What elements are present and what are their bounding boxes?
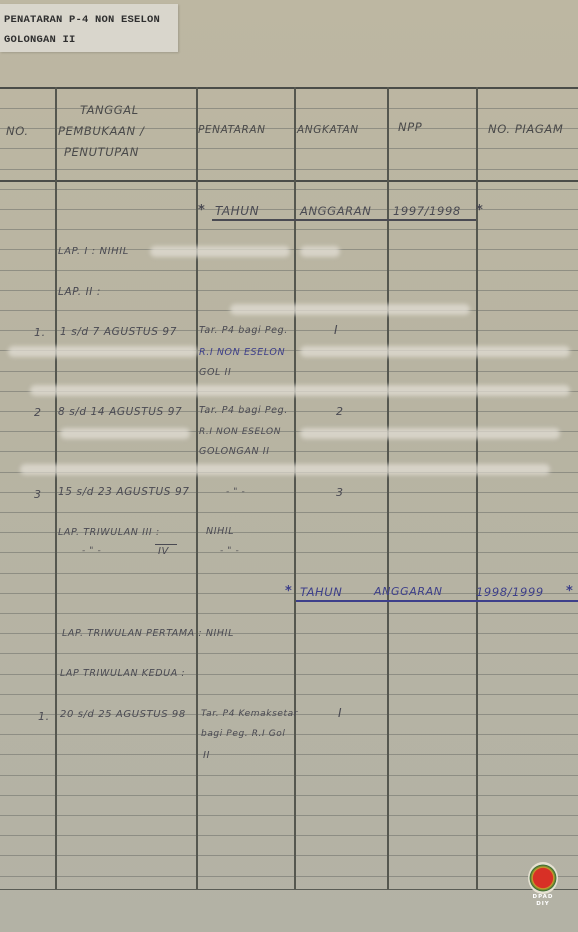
ruled-line (0, 855, 578, 856)
ruled-line (0, 189, 578, 190)
ledger-page: PENATARAN P-4 NON ESELON GOLONGAN II NO.… (0, 0, 578, 932)
ruled-line (0, 229, 578, 230)
emblem-icon (528, 862, 558, 894)
section-1997-anggaran: ANGGARAN (300, 204, 371, 218)
row-3-no: 3 (34, 488, 42, 501)
row-1-no: 1. (34, 326, 46, 339)
ruled-line (0, 835, 578, 836)
section-1998-year: 1998/1999 (476, 585, 544, 599)
erased-smudge (230, 304, 470, 315)
row-1998-1-penataran-2: bagi Peg. R.I Gol (201, 729, 286, 739)
table-bottom-border (0, 889, 578, 890)
row-2-tanggal: 8 s/d 14 AGUSTUS 97 (58, 406, 182, 418)
row-1998-1-angkatan: I (338, 706, 342, 720)
ruled-line (0, 512, 578, 513)
triwulan-3-value: NIHIL (206, 526, 234, 537)
row-2-penataran-2: R.I NON ESELON (199, 427, 281, 437)
stamp-line-2: DIY (526, 901, 560, 908)
header-bottom-border (0, 180, 578, 182)
ruled-line (0, 451, 578, 452)
row-3-tanggal: 15 s/d 23 AGUSTUS 97 (58, 486, 190, 498)
row-2-angkatan: 2 (336, 405, 344, 418)
row-1-tanggal: 1 s/d 7 AGUSTUS 97 (60, 326, 177, 338)
row-1998-1-tanggal: 20 s/d 25 AGUSTUS 98 (60, 709, 186, 720)
ruled-line (0, 371, 578, 372)
triwulan-4-label: IV (158, 546, 169, 557)
section-1997-tahun: TAHUN (215, 204, 259, 218)
row-1-penataran-3: GOL II (199, 367, 231, 378)
erased-smudge (30, 385, 570, 396)
erased-smudge (20, 464, 550, 475)
header-no: NO. (6, 124, 29, 138)
ruled-line (0, 653, 578, 654)
row-1998-1-no: 1. (38, 710, 50, 723)
ruled-line (0, 270, 578, 271)
erased-smudge (300, 346, 570, 357)
ruled-line (0, 795, 578, 796)
lap-1: LAP. I : NIHIL (58, 246, 129, 257)
header-angkatan: ANGKATAN (297, 124, 359, 136)
star-right: * (476, 203, 483, 218)
star-left: * (198, 203, 205, 218)
triwulan-pertama: LAP. TRIWULAN PERTAMA : NIHIL (62, 628, 234, 639)
row-1998-1-penataran-1: Tar. P4 Kemaksetar (201, 709, 298, 719)
header-penutupan: PENUTUPAN (64, 145, 139, 159)
header-penataran: PENATARAN (198, 124, 266, 136)
triwulan-4-value: - " - (220, 546, 239, 556)
erased-smudge (300, 246, 340, 257)
archive-stamp: DPAD DIY (526, 862, 560, 908)
ruled-line (0, 815, 578, 816)
label-line-2: GOLONGAN II (4, 34, 76, 46)
ruled-line (0, 209, 578, 210)
ruled-line (0, 876, 578, 877)
ruled-line (0, 573, 578, 574)
column-divider (55, 87, 57, 889)
stamp-line-1: DPAD (526, 894, 560, 901)
erased-smudge (8, 346, 198, 357)
star-right-1998: * (566, 584, 573, 599)
title-label-slip: PENATARAN P-4 NON ESELON GOLONGAN II (0, 4, 178, 52)
row-1-penataran-2: R.I NON ESELON (199, 347, 285, 358)
column-divider (387, 87, 389, 889)
row-1-angkatan: I (334, 323, 338, 337)
section-1997-year: 1997/1998 (393, 204, 461, 218)
header-pembukaan: PEMBUKAAN / (58, 124, 144, 138)
star-left-1998: * (285, 584, 292, 599)
ruled-line (0, 734, 578, 735)
lap-2: LAP. II : (58, 286, 101, 298)
section-1998-anggaran: ANGGARAN (374, 585, 443, 598)
header-tanggal: TANGGAL (80, 103, 139, 117)
header-npp: NPP (398, 120, 422, 134)
row-1998-1-penataran-3: II (203, 750, 210, 761)
section-1997-underline (212, 219, 476, 221)
column-divider (294, 87, 296, 889)
row-2-no: 2 (34, 406, 42, 419)
ruled-line (0, 169, 578, 170)
ruled-line (0, 775, 578, 776)
row-3-angkatan: 3 (336, 486, 344, 499)
triwulan-3-label: LAP. TRIWULAN III : (58, 527, 160, 538)
header-no-piagam: NO. PIAGAM (488, 122, 563, 136)
ruled-line (0, 754, 578, 755)
section-1998-tahun: TAHUN (300, 585, 343, 599)
section-1998-underline (296, 600, 578, 602)
triwulan-kedua: LAP TRIWULAN KEDUA : (60, 668, 185, 679)
table-top-border (0, 87, 578, 89)
erased-smudge (60, 428, 190, 439)
triwulan-4-ditto: - " - (82, 546, 101, 556)
row-3-penataran: - " - (226, 487, 245, 497)
erased-smudge (300, 428, 560, 439)
erased-smudge (150, 246, 290, 257)
row-2-penataran-1: Tar. P4 bagi Peg. (199, 405, 288, 416)
ruled-line (0, 613, 578, 614)
ruled-line (0, 694, 578, 695)
label-line-1: PENATARAN P-4 NON ESELON (4, 14, 160, 26)
triwulan-4-overline (155, 544, 177, 545)
row-1-penataran-1: Tar. P4 bagi Peg. (199, 325, 288, 336)
row-2-penataran-3: GOLONGAN II (199, 446, 270, 457)
